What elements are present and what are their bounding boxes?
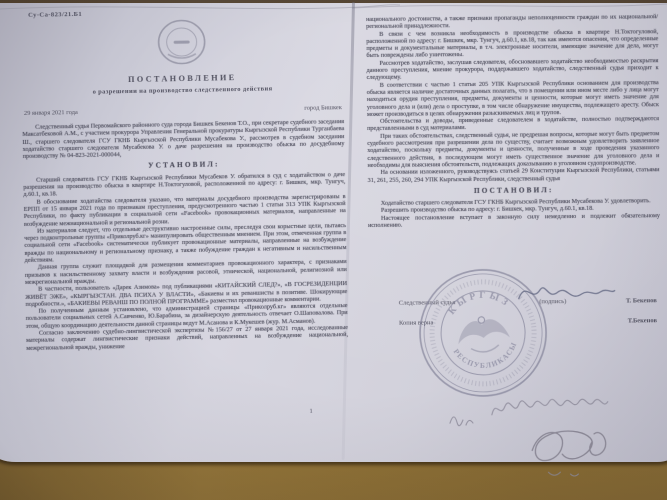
page-number: 1 bbox=[309, 408, 312, 415]
document-paragraph: При таких обстоятельствах, следственный … bbox=[367, 130, 659, 169]
document-subtitle: о разрешении на производство следственно… bbox=[22, 84, 344, 97]
photographed-document: Су-Са-823/21.Б1 ПОСТАНОВЛЕНИЕ о разрешен… bbox=[0, 0, 667, 500]
document-date: 29 января 2021 года bbox=[24, 109, 78, 117]
case-number: Су-Са-823/21.Б1 bbox=[28, 6, 342, 19]
document-paragraph: Рассмотрев ходатайство, заслушав следова… bbox=[366, 57, 658, 82]
copy-judge-name: Т.Бекенов bbox=[599, 317, 657, 325]
state-emblem-icon bbox=[154, 18, 209, 67]
left-page: Су-Са-823/21.Б1 ПОСТАНОВЛЕНИЕ о разрешен… bbox=[20, 2, 348, 352]
ink-signature bbox=[517, 282, 617, 311]
official-stamp-icon: КЫРГЫЗ РЕСПУБЛИКАСЫ bbox=[409, 259, 557, 407]
document-paragraph: В связи с чем возникла необходимость в п… bbox=[366, 28, 658, 60]
document-paragraph: Настоящее постановление вступает в закон… bbox=[368, 212, 660, 229]
right-page: национального достоинства, а также призн… bbox=[366, 9, 660, 229]
handwritten-note bbox=[436, 387, 657, 489]
document-city: город Бишкек bbox=[304, 104, 342, 112]
document-paragraph: В соответствии с частью 1 статьи 205 УПК… bbox=[367, 79, 659, 118]
document-paragraph: Следственный судья Первомайского районно… bbox=[22, 118, 345, 160]
resolved-heading: ПОСТАНОВИЛ: bbox=[368, 186, 660, 196]
document-paragraph: На основании изложенного, руководствуясь… bbox=[368, 166, 660, 183]
document-title: ПОСТАНОВЛЕНИЕ bbox=[21, 71, 343, 86]
